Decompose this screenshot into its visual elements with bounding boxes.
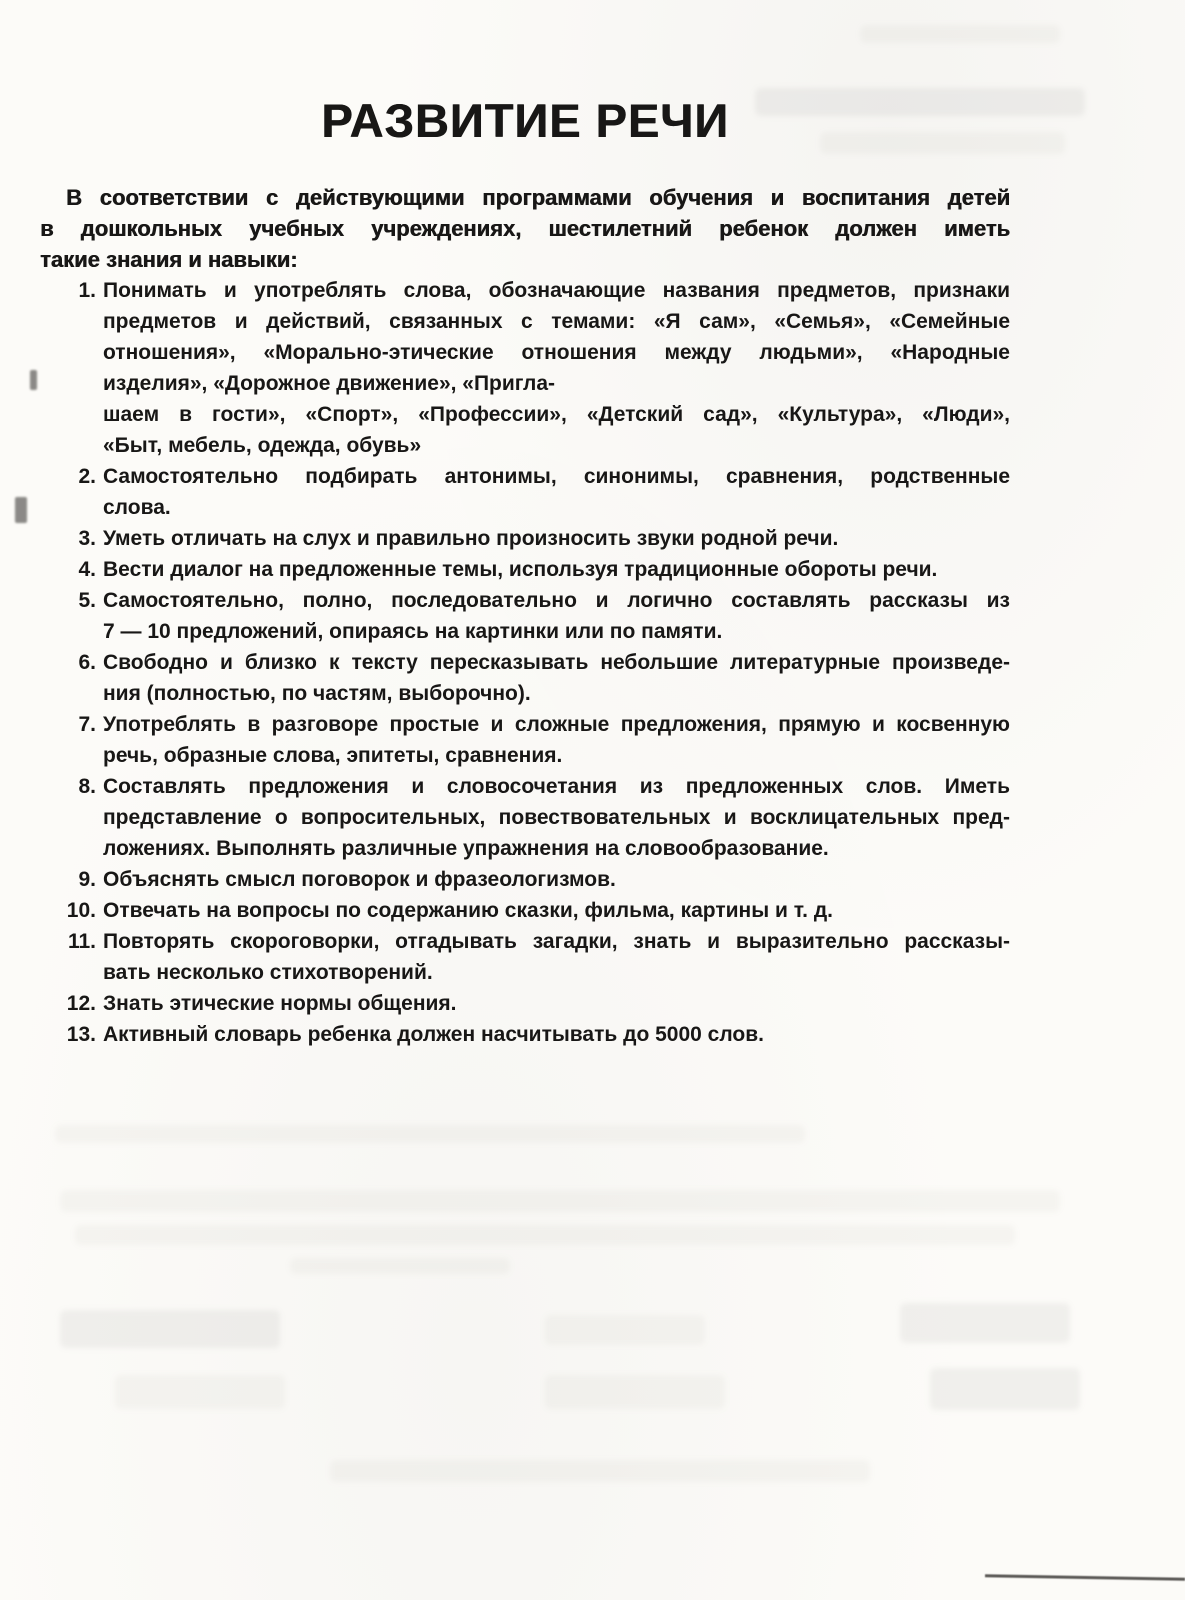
scan-edge-line <box>985 1574 1185 1580</box>
text-line: Самостоятельно подбирать антонимы, синон… <box>103 461 1010 492</box>
list-item-text: Уметь отличать на слух и правильно произ… <box>103 523 1010 554</box>
scan-artifact <box>115 1375 285 1409</box>
list-item-3: 3. Уметь отличать на слух и правильно пр… <box>40 523 1010 554</box>
text-column: РАЗВИТИЕ РЕЧИ В соответствии с действующ… <box>40 0 1010 1050</box>
text-line: Отвечать на вопросы по содержанию сказки… <box>103 895 1010 926</box>
text-line: Вести диалог на предложенные темы, испол… <box>103 554 1010 585</box>
scan-speck <box>15 497 27 523</box>
text-line: Уметь отличать на слух и правильно произ… <box>103 523 1010 554</box>
list-item-text: Свободно и близко к тексту пересказывать… <box>103 647 1010 709</box>
text-line: слова. <box>103 492 1010 523</box>
list-item-11: 11. Повторять скороговорки, отгадывать з… <box>40 926 1010 988</box>
list-item-7: 7. Употреблять в разговоре простые и сло… <box>40 709 1010 771</box>
text-line: вать несколько стихотворений. <box>103 957 1010 988</box>
list-item-text: Употреблять в разговоре простые и сложны… <box>103 709 1010 771</box>
text-line: отношения», «Морально-этические отношени… <box>103 337 1010 368</box>
list-item-text: Знать этические нормы общения. <box>103 988 1010 1019</box>
list-item-4: 4. Вести диалог на предложенные темы, ис… <box>40 554 1010 585</box>
scan-artifact <box>820 132 1065 154</box>
list-item-number: 7. <box>40 709 96 771</box>
list-item-number: 3. <box>40 523 96 554</box>
text-line: 7 — 10 предложений, опираясь на картинки… <box>103 616 1010 647</box>
scan-artifact <box>60 1190 1060 1212</box>
list-item-text: Понимать и употреблять слова, обозначающ… <box>103 275 1010 461</box>
list-item-1: 1. Понимать и употреблять слова, обознач… <box>40 275 1010 461</box>
list-item-text: Повторять скороговорки, отгадывать загад… <box>103 926 1010 988</box>
text-line: Знать этические нормы общения. <box>103 988 1010 1019</box>
text-line: Активный словарь ребенка должен насчитыв… <box>103 1019 1010 1050</box>
list-item-6: 6. Свободно и близко к тексту пересказыв… <box>40 647 1010 709</box>
scan-artifact <box>930 1368 1080 1410</box>
list-item-number: 2. <box>40 461 96 523</box>
scan-artifact <box>545 1375 725 1409</box>
scan-artifact <box>545 1315 705 1345</box>
text-line: представление о вопросительных, повество… <box>103 802 1010 833</box>
list-item-2: 2. Самостоятельно подбирать антонимы, си… <box>40 461 1010 523</box>
text-line: ложениях. Выполнять различные упражнения… <box>103 833 1010 864</box>
list-item-number: 9. <box>40 864 96 895</box>
list-item-number: 8. <box>40 771 96 864</box>
list-item-number: 1. <box>40 275 96 461</box>
scan-artifact <box>330 1460 870 1482</box>
text-line: Повторять скороговорки, отгадывать загад… <box>103 926 1010 957</box>
text-line: изделия», «Дорожное движение», «Пригла- <box>103 368 1010 399</box>
skills-list: 1. Понимать и употреблять слова, обознач… <box>40 275 1010 1050</box>
scan-artifact <box>860 25 1060 43</box>
text-line: речь, образные слова, эпитеты, сравнения… <box>103 740 1010 771</box>
list-item-text: Самостоятельно подбирать антонимы, синон… <box>103 461 1010 523</box>
list-item-number: 10. <box>40 895 96 926</box>
list-item-text: Активный словарь ребенка должен насчитыв… <box>103 1019 1010 1050</box>
list-item-text: Самостоятельно, полно, последовательно и… <box>103 585 1010 647</box>
list-item-number: 11. <box>40 926 96 988</box>
text-line: Объяснять смысл поговорок и фразеологизм… <box>103 864 1010 895</box>
list-item-10: 10. Отвечать на вопросы по содержанию ск… <box>40 895 1010 926</box>
scan-artifact <box>55 1125 805 1143</box>
text-line: Понимать и употреблять слова, обозначающ… <box>103 275 1010 306</box>
text-line: Самостоятельно, полно, последовательно и… <box>103 585 1010 616</box>
page-title: РАЗВИТИЕ РЕЧИ <box>40 0 1010 146</box>
scan-artifact <box>75 1225 1015 1245</box>
list-item-number: 12. <box>40 988 96 1019</box>
scan-artifact <box>60 1310 280 1348</box>
list-item-12: 12. Знать этические нормы общения. <box>40 988 1010 1019</box>
list-item-9: 9. Объяснять смысл поговорок и фразеолог… <box>40 864 1010 895</box>
text-line: предметов и действий, связанных с темами… <box>103 306 1010 337</box>
scan-speck <box>30 370 37 390</box>
list-item-text: Отвечать на вопросы по содержанию сказки… <box>103 895 1010 926</box>
scanned-document-page: РАЗВИТИЕ РЕЧИ В соответствии с действующ… <box>0 0 1185 1600</box>
list-item-13: 13. Активный словарь ребенка должен насч… <box>40 1019 1010 1050</box>
list-item-number: 6. <box>40 647 96 709</box>
scan-artifact <box>290 1258 510 1274</box>
list-item-8: 8. Составлять предложения и словосочетан… <box>40 771 1010 864</box>
intro-line: такие знания и навыки: <box>40 244 1010 275</box>
text-line: ния (полностью, по частям, выборочно). <box>103 678 1010 709</box>
scan-artifact <box>900 1303 1070 1343</box>
list-item-5: 5. Самостоятельно, полно, последовательн… <box>40 585 1010 647</box>
text-line: шаем в гости», «Спорт», «Профессии», «Де… <box>103 399 1010 430</box>
list-item-text: Объяснять смысл поговорок и фразеологизм… <box>103 864 1010 895</box>
list-item-number: 13. <box>40 1019 96 1050</box>
intro-paragraph: В соответствии с действующими программам… <box>40 182 1010 275</box>
scan-artifact <box>755 88 1085 116</box>
list-item-text: Вести диалог на предложенные темы, испол… <box>103 554 1010 585</box>
text-line: Употреблять в разговоре простые и сложны… <box>103 709 1010 740</box>
intro-line: В соответствии с действующими программам… <box>40 182 1010 213</box>
text-line: Составлять предложения и словосочетания … <box>103 771 1010 802</box>
list-item-number: 4. <box>40 554 96 585</box>
text-line: Свободно и близко к тексту пересказывать… <box>103 647 1010 678</box>
list-item-text: Составлять предложения и словосочетания … <box>103 771 1010 864</box>
list-item-number: 5. <box>40 585 96 647</box>
text-line: «Быт, мебель, одежда, обувь» <box>103 430 1010 461</box>
intro-line: в дошкольных учебных учреждениях, шестил… <box>40 213 1010 244</box>
